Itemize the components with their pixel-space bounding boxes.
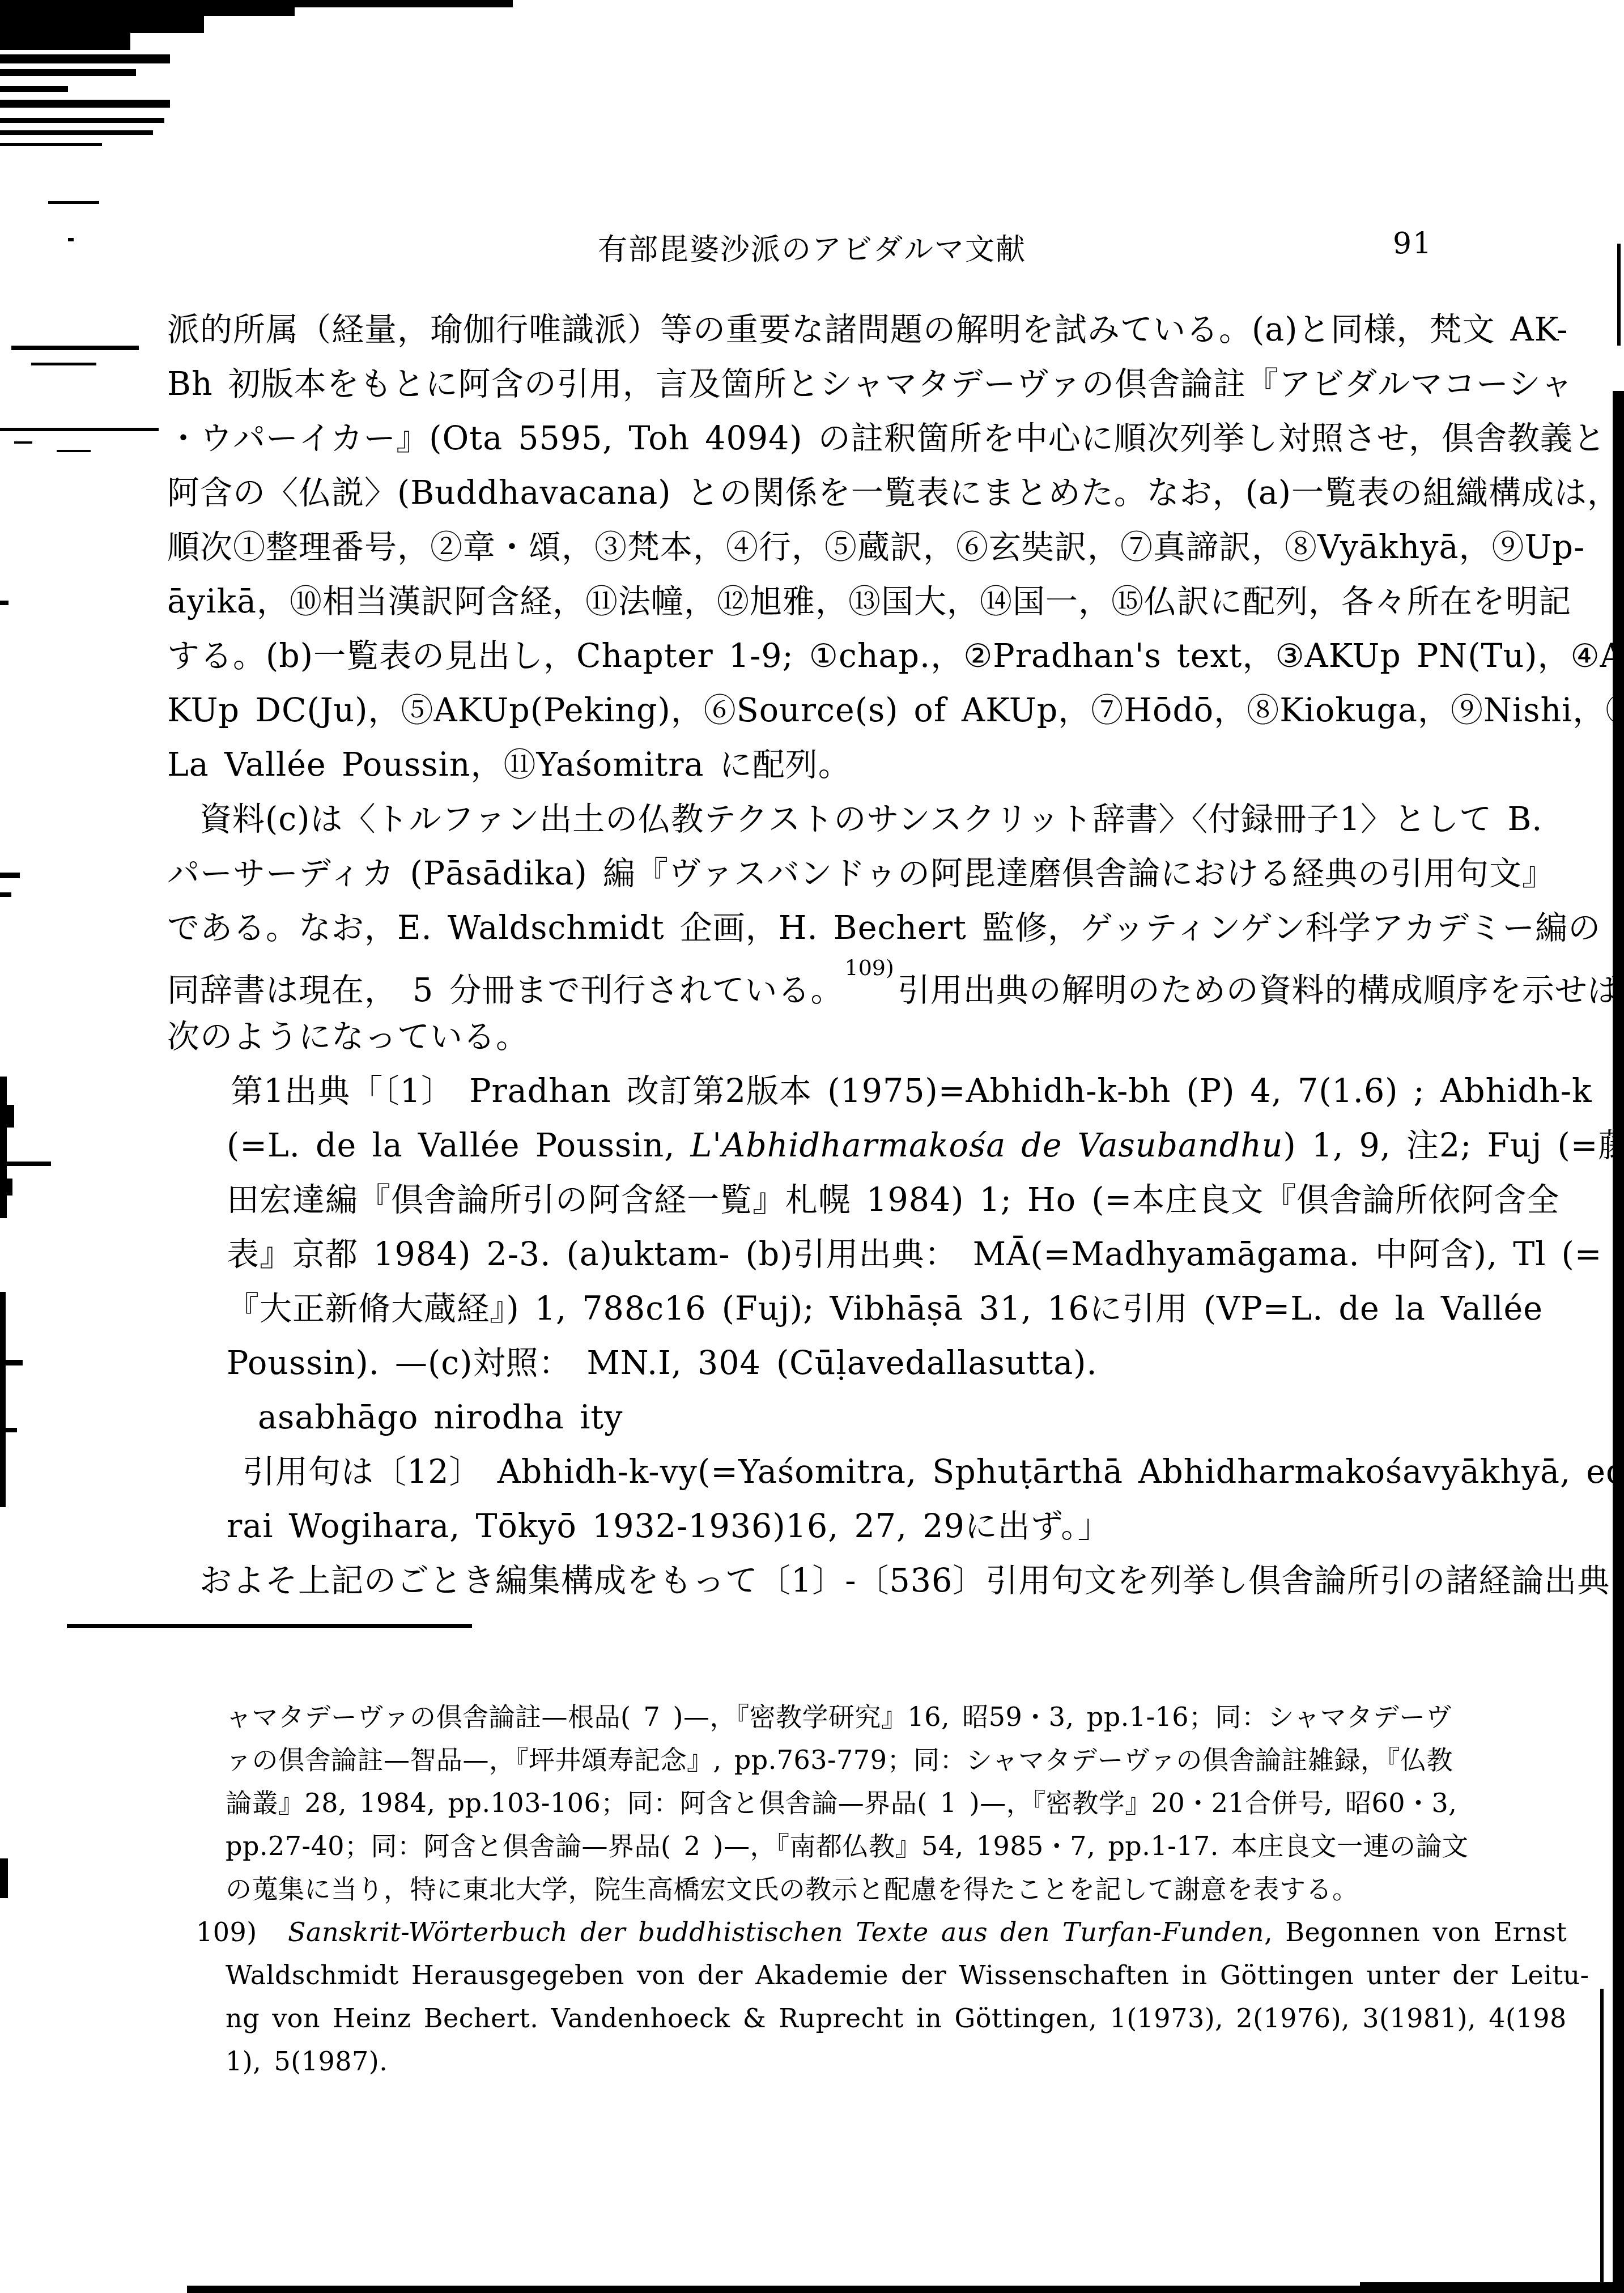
body-line: Bh 初版本をもとに阿含の引用，言及箇所とシャマタデーヴァの倶舎論註『アビダルマ… [167,357,1473,411]
scan-artifact [0,118,164,123]
footnotes: ャマタデーヴァの倶舎論註—根品( 7 )—，『密教学研究』16, 昭59・3, … [226,1695,1461,2083]
scan-artifact [0,130,153,135]
page-title: 有部毘婆沙派のアビダルマ文献 [0,226,1624,268]
footnote-line: の蒐集に当り，特に東北大学，院生高橋宏文氏の教示と配慮を得たことを記して謝意を表… [226,1867,1461,1911]
scan-artifact [0,892,11,897]
footnote-line: 109)Sanskrit-Wörterbuch der buddhistisch… [196,1911,1461,1954]
body-line: rai Wogihara, Tōkyō 1932-1936)16, 27, 29… [227,1499,1473,1554]
scan-artifact [0,873,20,878]
body-line: 同辞書は現在， 5 分冊まで刊行されている。109)引用出典の解明のための資料的… [167,955,1473,1010]
page-number: 91 [1393,227,1432,261]
footnote-line: 論叢』28, 1984, pp.103-106；同：阿含と倶舎論—界品( 1 )… [226,1781,1461,1824]
scan-artifact [0,86,68,92]
scan-artifact [0,1077,7,1218]
footnote-line: ァの倶舎論註—智品—，『坪井頌寿記念』, pp.763-779；同：シャマタデー… [226,1738,1461,1781]
body-line: 順次①整理番号，②章・頌，③梵本，④行，⑤蔵訳，⑥玄奘訳，⑦真諦訳，⑧Vyākh… [167,520,1473,575]
body-line: 田宏達編『倶舎論所引の阿含経一覧』札幌 1984) 1; Ho (=本庄良文『倶… [227,1173,1473,1227]
body-line: 第1出典「〔1〕 Pradhan 改訂第2版本 (1975)=Abhidh-k-… [231,1064,1473,1118]
scan-artifact [0,601,8,605]
scan-artifact [0,1105,14,1128]
footnote-line: Waldschmidt Herausgegeben von der Akadem… [226,1954,1461,1997]
body-line-text: 引用出典の解明のための資料的構成順序を示せば， [898,972,1624,1009]
italic-book-title: Sanskrit-Wörterbuch der buddhistischen T… [288,1917,1264,1947]
scan-artifact [0,1858,8,1898]
body-line: 資料(c)は〈トルファン出土の仏教テクストのサンスクリット辞書〉〈付録冊子1〉と… [199,792,1473,846]
scan-artifact [0,1179,12,1196]
scan-artifact [1360,2282,1624,2293]
body-line-text: 同辞書は現在， 5 分冊まで刊行されている。 [167,972,844,1009]
body-line: 派的所属（経量，瑜伽行唯識派）等の重要な諸問題の解明を試みている。(a)と同様，… [167,303,1473,357]
scan-artifact [14,441,32,444]
body-line: La Vallée Poussin，⑪Yaśomitra に配列。 [167,738,1473,792]
body-line: パーサーディカ (Pāsādika) 編『ヴァスバンドゥの阿毘達磨倶舎論における… [167,846,1473,901]
footnote-number: 109) [196,1911,288,1954]
scan-artifact [0,69,136,76]
scan-artifact [0,428,159,431]
body-line: 次のようになっている。 [167,1010,1473,1064]
body-line: 阿含の〈仏説〉(Buddhavacana) との関係を一覧表にまとめた。なお，(… [167,466,1473,520]
scan-artifact [0,1162,51,1166]
scan-artifact [11,346,139,350]
scan-artifact [0,33,130,50]
scan-artifact [0,0,204,33]
footnote-line: ャマタデーヴァの倶舎論註—根品( 7 )—，『密教学研究』16, 昭59・3, … [226,1695,1461,1738]
body-line: である。なお，E. Waldschmidt 企画，H. Bechert 監修，ゲ… [167,901,1473,955]
footnote-line: ng von Heinz Bechert. Vandenhoeck & Rupr… [226,1997,1461,2040]
scan-artifact [0,143,102,146]
body-line-text: (=L. de la Vallée Poussin, [227,1127,690,1164]
scan-artifact [0,1360,23,1365]
scan-artifact [57,450,91,452]
scan-artifact [0,54,170,63]
footnote-line: pp.27-40；同：阿含と倶舎論—界品( 2 )—，『南都仏教』54, 198… [226,1824,1461,1867]
footnote-ref-109: 109) [845,955,894,980]
footnote-line-text: , Begonnen von Ernst [1264,1917,1567,1947]
scan-artifact [0,100,170,108]
body-text: 派的所属（経量，瑜伽行唯識派）等の重要な諸問題の解明を試みている。(a)と同様，… [167,303,1473,1608]
footnote-line: 1), 5(1987). [226,2040,1461,2083]
body-line: Poussin). —(c)対照： MN.I, 304 (Cūḷavedalla… [227,1336,1473,1390]
scanned-page: 有部毘婆沙派のアビダルマ文献 91 派的所属（経量，瑜伽行唯識派）等の重要な諸問… [0,0,1624,2293]
scan-artifact [0,1292,6,1507]
scan-artifact [0,1428,17,1432]
scan-artifact [48,201,99,204]
italic-book-title: L'Abhidharmakośa de Vasubandhu [690,1127,1283,1164]
body-line: āyikā，⑩相当漢訳阿含経，⑪法幢，⑫旭雅，⑬国大，⑭国一，⑮仏訳に配列，各々… [167,575,1473,629]
body-line: ・ウパーイカー』(Ota 5595, Toh 4094) の註釈箇所を中心に順次… [167,411,1473,466]
scan-artifact [1600,1989,1604,2289]
body-line: 表』京都 1984) 2-3. (a)uktam- (b)引用出典： MĀ(=M… [227,1227,1473,1282]
body-line: する。(b)一覧表の見出し，Chapter 1-9; ①chap.，②Pradh… [167,629,1473,683]
body-line: asabhāgo nirodha ity [258,1390,1473,1445]
body-line: 『大正新脩大蔵経』) 1, 788c16 (Fuj); Vibhāṣā 31, … [227,1282,1473,1336]
scan-artifact [1613,391,1624,2293]
body-line: KUp DC(Ju)，⑤AKUp(Peking)，⑥Source(s) of A… [167,683,1473,738]
body-line-text: ) 1, 9, 注2; Fuj (=藤 [1283,1127,1624,1164]
footnote-separator [67,1624,472,1628]
body-line: およそ上記のごとき編集構成をもって〔1〕-〔536〕引用句文を列挙し倶舎論所引の… [199,1554,1473,1608]
scan-artifact [31,363,96,365]
body-line: 引用句は〔12〕 Abhidh-k-vy(=Yaśomitra, Sphuṭār… [243,1445,1473,1499]
body-line: (=L. de la Vallée Poussin, L'Abhidharmak… [227,1118,1473,1173]
